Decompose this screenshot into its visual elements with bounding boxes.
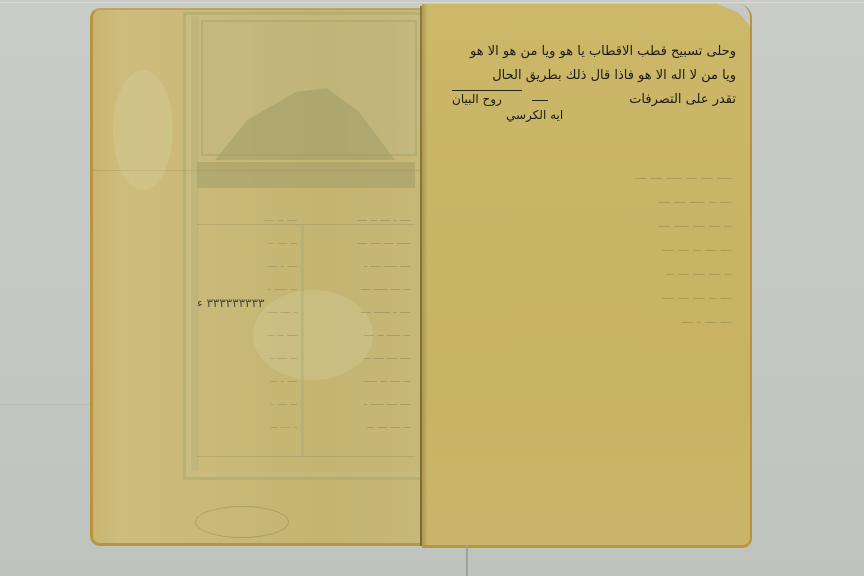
show-through-text-right-column: ـــ ـ ـــ ــ ـــ ــــ ـــ ـــ ـــ ـــ ــ… <box>308 206 410 436</box>
ghost-line: ـــ ـــ ـــ ــ <box>308 344 410 367</box>
right-page: وحلى تسبيح قطب الاقطاب يا هو ويا من هو ا… <box>422 4 752 548</box>
ghost-line: ــ ـــ ـ <box>199 390 297 413</box>
bleed-line: ـــ ـــ ـ ـــ <box>452 308 732 332</box>
bleed-line: ـــ ـــ ــ ـــ ـــ <box>452 236 732 260</box>
note-reference-ruh-al-bayan: روح البيان <box>452 92 502 106</box>
ghost-line: ـــ ـ ـــــ ـــ <box>308 298 410 321</box>
bleed-through-text: ــــ ـــ ـــ ــــ ـــ ـــ ـــ ــ ــــ ــ… <box>452 164 732 332</box>
table-seam <box>466 545 468 576</box>
left-page: ـــ ـ ـــ ــ ـــ ــــ ـــ ـــ ـــ ـــ ــ… <box>90 8 424 546</box>
ghost-line: ــ ـــ ـ <box>199 344 297 367</box>
bleed-line: ــ ـــ ـــ ــــ ـــ <box>452 212 732 236</box>
torn-corner <box>712 4 752 28</box>
ghost-line: ــ ـــ ــ <box>199 229 297 252</box>
gutter-shadow <box>422 4 428 545</box>
ghost-line: ـــ ـ ـــ ــ ـــ <box>308 206 410 229</box>
ghost-line: ـــ ـــ ــــ ـ <box>308 390 410 413</box>
ghost-line: ــ ــــ ـ <box>199 275 297 298</box>
open-manuscript: ـــ ـ ـــ ــ ـــ ــــ ـــ ـــ ـــ ـــ ــ… <box>0 0 864 576</box>
column-divider <box>301 225 304 457</box>
ghost-line: ـــ ـ ــ <box>199 367 297 390</box>
note-reference-ayat-al-kursi: ايه الكرسي <box>506 108 563 122</box>
ghost-line: ـ ـــ ــ <box>199 413 297 436</box>
note-line-1: وحلى تسبيح قطب الاقطاب يا هو ويا من هو ا… <box>446 40 736 64</box>
ghost-line: ــــ ـــ ـــ ـــ <box>308 229 410 252</box>
ghost-line: ـــ ــ ـــ <box>199 206 297 229</box>
bleed-line: ـــ ــ ــــ ـــ ـــ <box>452 188 732 212</box>
ghost-line: ــ ــــ ــ ـــ <box>308 321 410 344</box>
bleed-line: ــ ـــ ـــ ـــ ــ <box>452 260 732 284</box>
show-through-text-left-column: ـــ ــ ـــ ــ ـــ ــ ـــ ـ ـــ ــ ــــ ـ… <box>199 206 297 436</box>
ghost-line: ـــ ــ ــ <box>199 321 297 344</box>
faint-oval-seal <box>195 506 289 538</box>
ghost-line: ــ ـــ ــــ ـــ <box>308 275 410 298</box>
paper-stain <box>113 70 173 190</box>
frame-border-strip <box>191 16 199 470</box>
note-underline <box>532 100 548 101</box>
note-underline <box>452 90 522 91</box>
ruling-line <box>197 456 415 457</box>
ghost-line: ـــ ــــ ـــ ـ <box>308 252 410 275</box>
bleed-line: ــــ ـــ ـــ ــــ ـــ ـــ <box>452 164 732 188</box>
ghost-line: ــ ـــ ـــ ــ <box>308 413 410 436</box>
ghost-line: ـــ ـ ـــ <box>199 252 297 275</box>
handwritten-margin-note: ٣٣٣٣٣٣٣٣٣ ء <box>197 296 264 310</box>
ghost-line: ــ ـــ ــ ــــ <box>308 367 410 390</box>
title-band <box>197 162 415 188</box>
bleed-line: ـــ ــ ـــ ـــ ـــ <box>452 284 732 308</box>
note-line-2: ويا من لا اله الا هو فاذا قال ذلك بطريق … <box>446 64 736 88</box>
